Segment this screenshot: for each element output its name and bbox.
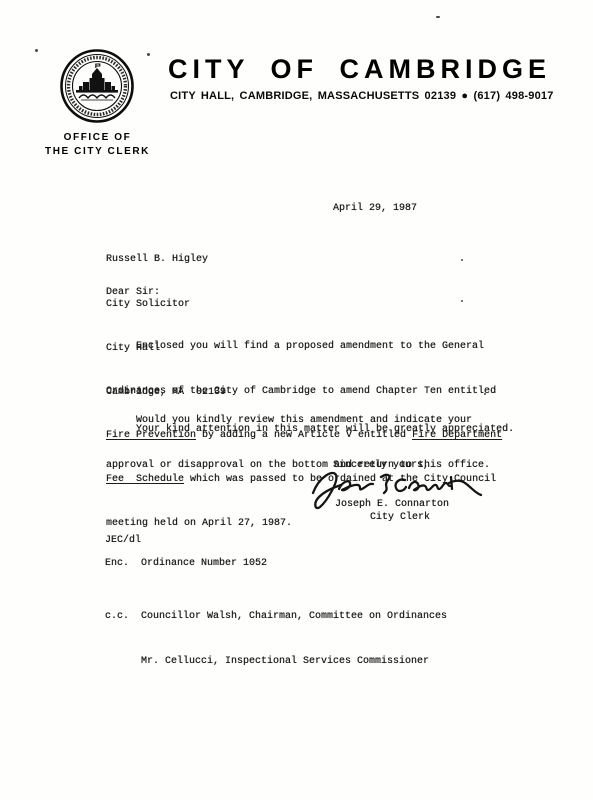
cc-line-1: c.c. Councillor Walsh, Chairman, Committ… xyxy=(105,610,447,625)
enclosure-line: Enc. Ordinance Number 1052 xyxy=(105,557,267,572)
recipient-name: Russell B. Higley xyxy=(106,253,226,268)
scan-speck xyxy=(147,53,150,56)
city-seal-icon xyxy=(59,48,135,124)
typist-initials: JEC/dl xyxy=(105,534,141,549)
office-line2: THE CITY CLERK xyxy=(30,145,165,159)
scan-speck xyxy=(436,16,440,18)
salutation: Dear Sir: xyxy=(106,286,160,301)
scan-speck xyxy=(484,393,486,395)
letterhead-title: CITY OF CAMBRIDGE xyxy=(168,54,551,84)
paragraph-1-line-1: Enclosed you will find a proposed amendm… xyxy=(106,340,502,355)
letter-date: April 29, 1987 xyxy=(333,202,417,217)
paragraph-1-line-5: meeting held on April 27, 1987. xyxy=(106,517,502,532)
cc-block: c.c. Councillor Walsh, Chairman, Committ… xyxy=(105,581,447,699)
paragraph-3: Your kind attention in this matter will … xyxy=(106,423,514,438)
cc-line-2: Mr. Cellucci, Inspectional Services Comm… xyxy=(105,655,447,670)
letterhead-address: CITY HALL, CAMBRIDGE, MASSACHUSETTS 0213… xyxy=(170,90,554,103)
scan-speck xyxy=(461,300,463,302)
scan-speck xyxy=(35,49,38,52)
letter-page: CITY OF CAMBRIDGE CITY HALL, CAMBRIDGE, … xyxy=(0,0,593,800)
signer-title: City Clerk xyxy=(370,511,430,526)
scan-speck xyxy=(461,259,463,261)
office-line1: OFFICE OF xyxy=(30,131,165,145)
office-of-city-clerk-label: OFFICE OF THE CITY CLERK xyxy=(30,131,165,159)
